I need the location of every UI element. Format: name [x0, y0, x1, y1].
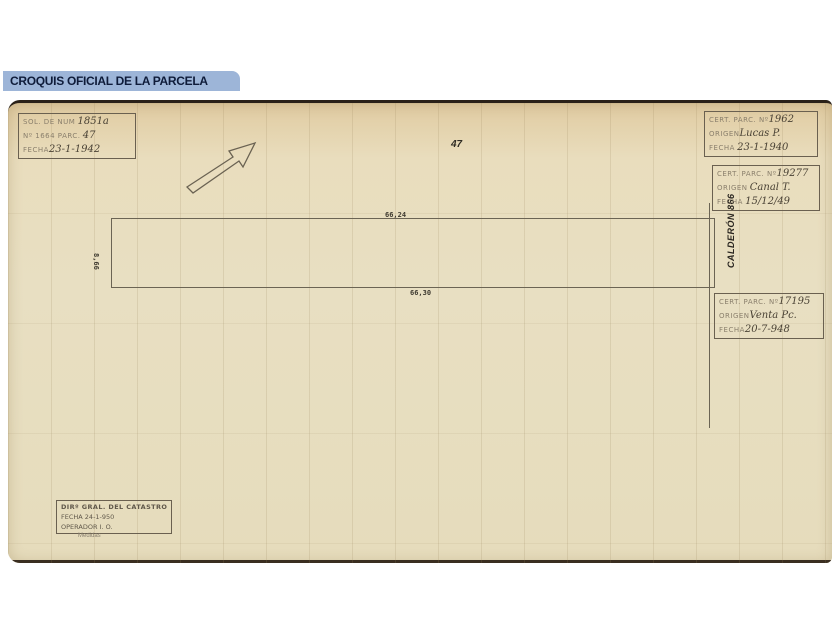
stamp-certificate-2: CERT. PARC. Nº19277 ORIGEN Canal T. FECH… — [712, 165, 820, 211]
dimension-bottom: 66,30 — [410, 289, 431, 297]
stamp-cadastre: DIRº GRAL. DEL CATASTRO FECHA 24-1-950 O… — [56, 500, 172, 534]
dimension-left: 8,66 — [92, 253, 100, 270]
dimension-top: 66,24 — [385, 211, 406, 219]
section-title: CROQUIS OFICIAL DE LA PARCELA — [10, 74, 208, 88]
parcel-outline — [111, 218, 715, 288]
street-line — [709, 203, 710, 428]
lot-number: 47 — [451, 139, 462, 150]
north-arrow-icon — [183, 135, 263, 195]
stamp-request-number: SOL. DE NUM 1851a Nº 1664 PARC. 47 FECHA… — [18, 113, 136, 159]
stamp-certificate-1: CERT. PARC. Nº1962 ORIGENLucas P. FECHA … — [704, 111, 818, 157]
parcel-sketch-document: SOL. DE NUM 1851a Nº 1664 PARC. 47 FECHA… — [8, 100, 832, 563]
measures-note: Medidas — [78, 533, 101, 539]
section-header: CROQUIS OFICIAL DE LA PARCELA — [3, 71, 240, 91]
stamp-certificate-3: CERT. PARC. Nº17195 ORIGENVenta Pc. FECH… — [714, 293, 824, 339]
